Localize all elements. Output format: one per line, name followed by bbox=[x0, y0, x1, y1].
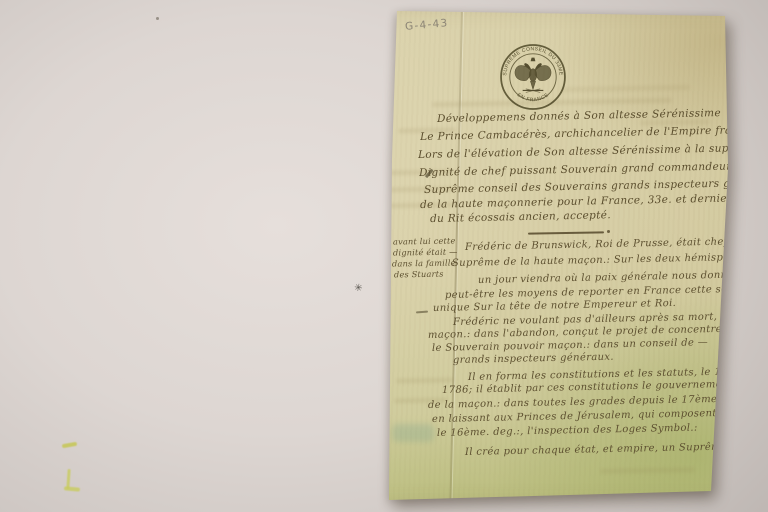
double-headed-eagle-icon bbox=[515, 58, 551, 93]
margin-note-line: dignité était — bbox=[393, 246, 458, 257]
margin-note-line: des Stuarts bbox=[394, 269, 444, 280]
archival-label: G-4-43 bbox=[405, 17, 449, 33]
manuscript-line: Suprême de la haute maçon.: Sur les deux… bbox=[452, 251, 768, 269]
manuscript-page: G-4-43 SUPREME CONSEIL DU 33ME EN FRANCE bbox=[0, 0, 768, 512]
manuscript-line: un jour viendra où la paix générale nous… bbox=[478, 269, 745, 286]
ink-bleed bbox=[600, 467, 695, 474]
divider-rule bbox=[528, 231, 604, 234]
ink-dash bbox=[416, 311, 428, 314]
photograph-of-manuscript: ✳ G-4-43 bbox=[0, 0, 768, 512]
svg-text:EN FRANCE: EN FRANCE bbox=[516, 92, 550, 103]
margin-note-line: dans la famille bbox=[392, 257, 456, 268]
ink-bleed bbox=[396, 377, 454, 383]
ink-bleed bbox=[560, 85, 690, 92]
manuscript-line: grands inspecteurs généraux. bbox=[453, 352, 614, 366]
manuscript-line: Le Prince Cambacérès, archichancelier de… bbox=[420, 124, 765, 143]
manuscript-line: Lors de l'élévation de Son altesse Sérén… bbox=[418, 142, 758, 161]
supreme-council-seal-stamp: SUPREME CONSEIL DU 33ME EN FRANCE bbox=[499, 43, 567, 111]
manuscript-line: Frédéric de Brunswick, Roi de Prusse, ét… bbox=[465, 236, 740, 253]
paper-sheet: G-4-43 SUPREME CONSEIL DU 33ME EN FRANCE bbox=[0, 0, 768, 512]
seal-arc-text-bottom: EN FRANCE bbox=[516, 92, 550, 103]
manuscript-line: Dignité de chef puissant Souverain grand… bbox=[419, 160, 750, 179]
manuscript-line: le 16ème. deg.:, l'inspection des Loges … bbox=[437, 423, 698, 439]
green-smudge bbox=[392, 424, 434, 442]
manuscript-line: du Rit écossais ancien, accepté. bbox=[430, 209, 611, 225]
ink-tick bbox=[378, 127, 385, 136]
margin-note-line: avant lui cette bbox=[393, 235, 456, 246]
divider-dot bbox=[607, 230, 610, 233]
manuscript-line: Il créa pour chaque état, et empire, un … bbox=[465, 442, 727, 458]
margin-note-asterisk: ✳ bbox=[383, 226, 390, 235]
